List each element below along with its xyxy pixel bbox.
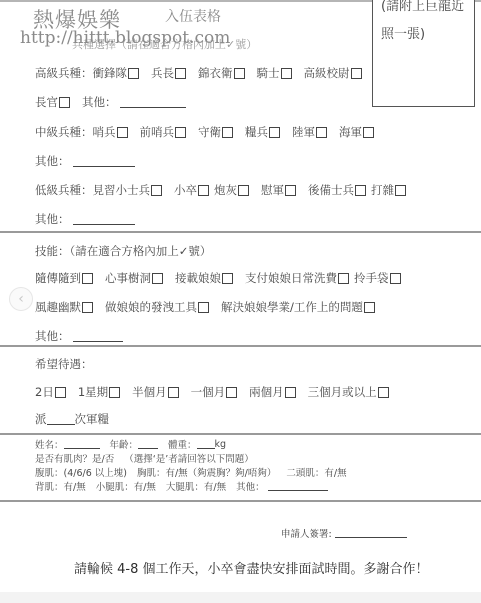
option-middle-2[interactable]: 守衛 [198, 124, 233, 140]
option-label: 做娘娘的發洩工具 [105, 299, 197, 315]
option-junior-3[interactable]: 慰軍 [261, 182, 296, 198]
option-treatment-4[interactable]: 兩個月 [249, 384, 296, 400]
option-label: 解決娘娘學業/工作上的問題 [221, 299, 363, 315]
checkbox[interactable] [338, 273, 349, 284]
option-skill-4[interactable]: 拎手袋 [354, 270, 401, 286]
junior-other-label: 其他： [35, 211, 70, 227]
calf-label: 小腿肌：有/無 [96, 479, 156, 493]
option-senior-2[interactable]: 錦衣衛 [198, 65, 245, 81]
skills-row-2: 風趣幽默 做娘娘的發洩工具 解決娘娘學業/工作上的問題 [35, 299, 387, 315]
photo-box-instruction-2: 照一張) [381, 23, 425, 42]
photo-box-instruction-1: (請附上巨龍近 [381, 0, 464, 14]
option-label: 兵長 [151, 65, 174, 81]
form-title: 入伍表格 [165, 6, 221, 26]
checkbox[interactable] [222, 127, 233, 138]
footer-note: 請輪候 4-8 個工作天，小卒會盡快安排面試時間。多謝合作！ [74, 558, 429, 577]
checkbox[interactable] [364, 302, 375, 313]
signature-row: 申請人簽署: [281, 526, 407, 540]
personal-other-label: 其他： [236, 479, 265, 493]
checkbox[interactable] [109, 387, 120, 398]
junior-label: 低級兵種： [35, 182, 93, 198]
checkbox[interactable] [152, 273, 163, 284]
option-senior-1[interactable]: 兵長 [151, 65, 186, 81]
checkbox[interactable] [82, 273, 93, 284]
option-middle-3[interactable]: 糧兵 [245, 124, 280, 140]
checkbox[interactable] [151, 185, 162, 196]
option-treatment-1[interactable]: 1星期 [78, 384, 120, 400]
weight-label: 體重： [168, 437, 197, 451]
option-treatment-0[interactable]: 2日 [35, 384, 66, 400]
skills-other-row: 其他： [35, 328, 123, 344]
option-label: 一個月 [191, 384, 226, 400]
option-middle-5[interactable]: 海軍 [339, 124, 374, 140]
treatment-header: 希望待遇： [35, 356, 93, 372]
skills-header: 技能：（請在適合方格內加上✓號） [35, 243, 211, 259]
option-label: 隨傳隨到 [35, 270, 81, 286]
photo-box: (請附上巨龍近 照一張) [372, 0, 475, 107]
muscle-question: 是否有肌肉？是/否 [35, 451, 114, 465]
checkbox[interactable] [168, 387, 179, 398]
option-label: 錦衣衛 [198, 65, 233, 81]
name-field[interactable] [64, 439, 100, 449]
checkbox[interactable] [351, 68, 362, 79]
middle-other-field[interactable] [73, 155, 135, 167]
section-divider [0, 500, 481, 502]
option-label: 哨兵 [93, 124, 116, 140]
junior-other-field[interactable] [73, 213, 135, 225]
personal-basic-row: 姓名： 年齡： 體重： kg [35, 437, 226, 451]
watermark-url: http://hittt.blogspot.com [20, 28, 230, 48]
weight-unit: kg [215, 439, 227, 450]
checkbox[interactable] [281, 68, 292, 79]
middle-other-label: 其他： [35, 153, 70, 169]
option-skill-2[interactable]: 接載娘娘 [175, 270, 233, 286]
checkbox[interactable] [55, 387, 66, 398]
checkbox[interactable] [175, 127, 186, 138]
name-label: 姓名： [35, 437, 64, 451]
option-label: 兩個月 [249, 384, 284, 400]
option-label: 長官 [35, 94, 58, 110]
option-label: 前哨兵 [140, 124, 175, 140]
option-middle-0[interactable]: 哨兵 [93, 124, 128, 140]
checkbox[interactable] [175, 68, 186, 79]
dispatch-prefix: 派 [35, 411, 47, 427]
option-senior-3[interactable]: 騎士 [257, 65, 292, 81]
option-label: 打雜 [371, 182, 394, 198]
checkbox[interactable] [198, 185, 209, 196]
senior-soldier-row-2: 長官 其他： [35, 94, 186, 110]
skills-row-1: 隨傳隨到 心事樹洞 接載娘娘 支付娘娘日常洗費 拎手袋 [35, 270, 413, 286]
checkbox[interactable] [226, 387, 237, 398]
checkbox[interactable] [222, 273, 233, 284]
option-label: 糧兵 [245, 124, 268, 140]
checkbox[interactable] [378, 387, 389, 398]
dispatch-suffix: 次軍糧 [75, 411, 110, 427]
option-label: 炮灰 [214, 182, 237, 198]
skills-other-label: 其他： [35, 328, 70, 344]
skills-header-row: 技能：（請在適合方格內加上✓號） [35, 243, 211, 259]
option-junior-5[interactable]: 打雜 [371, 182, 406, 198]
option-treatment-2[interactable]: 半個月 [132, 384, 179, 400]
signature-field[interactable] [335, 528, 407, 538]
treatment-options-row: 2日 1星期 半個月 一個月 兩個月 三個月或以上 [35, 384, 401, 400]
previous-image-button[interactable]: ‹ [9, 287, 33, 311]
option-label: 慰軍 [261, 182, 284, 198]
signature-label: 申請人簽署: [281, 526, 332, 540]
muscle-detail-row-2: 背肌：有/無 小腿肌：有/無 大腿肌：有/無 其他： [35, 479, 328, 493]
chest-note: （夠震胸？夠/唔夠） [188, 465, 277, 479]
section-divider [0, 345, 481, 347]
skills-other-field[interactable] [73, 330, 123, 342]
checkbox[interactable] [285, 185, 296, 196]
option-label: 1星期 [78, 384, 108, 400]
option-skill-3[interactable]: 支付娘娘日常洗費 [245, 270, 349, 286]
option-middle-1[interactable]: 前哨兵 [140, 124, 187, 140]
checkbox[interactable] [234, 68, 245, 79]
thigh-label: 大腿肌：有/無 [166, 479, 226, 493]
option-junior-4[interactable]: 後備士兵 [308, 182, 366, 198]
option-label: 心事樹洞 [105, 270, 151, 286]
checkbox[interactable] [316, 127, 327, 138]
senior-soldier-row: 高級兵種： 衝鋒隊 兵長 錦衣衛 騎士 高級校尉 [35, 65, 374, 81]
checkbox[interactable] [82, 302, 93, 313]
option-treatment-3[interactable]: 一個月 [191, 384, 238, 400]
option-label: 衝鋒隊 [93, 65, 128, 81]
senior-other-field[interactable] [120, 96, 186, 108]
option-label: 後備士兵 [308, 182, 354, 198]
option-junior-1[interactable]: 小卒 [174, 182, 209, 198]
section-divider [0, 433, 481, 435]
muscle-question-row: 是否有肌肉？是/否 （選擇‘是’者請回答以下問題） [35, 451, 254, 465]
checkbox[interactable] [285, 387, 296, 398]
option-skill-6[interactable]: 做娘娘的發洩工具 [105, 299, 209, 315]
checkbox[interactable] [363, 127, 374, 138]
option-label: 風趣幽默 [35, 299, 81, 315]
dispatch-count-field[interactable] [47, 413, 75, 425]
option-label: 支付娘娘日常洗費 [245, 270, 337, 286]
checkbox[interactable] [198, 302, 209, 313]
option-senior-0[interactable]: 衝鋒隊 [93, 65, 140, 81]
bottom-bar [0, 592, 481, 603]
back-label: 背肌：有/無 [35, 479, 86, 493]
option-label: 騎士 [257, 65, 280, 81]
chevron-left-icon: ‹ [18, 291, 24, 307]
checkbox[interactable] [390, 273, 401, 284]
option-senior-5[interactable]: 長官 [35, 94, 70, 110]
option-treatment-5[interactable]: 三個月或以上 [308, 384, 389, 400]
option-skill-7[interactable]: 解決娘娘學業/工作上的問題 [221, 299, 375, 315]
option-label: 高級校尉 [304, 65, 350, 81]
checkbox[interactable] [395, 185, 406, 196]
muscle-note: （選擇‘是’者請回答以下問題） [124, 451, 254, 465]
option-label: 接載娘娘 [175, 270, 221, 286]
middle-other-row: 其他： [35, 153, 135, 169]
senior-label: 高級兵種： [35, 65, 93, 81]
checkbox[interactable] [59, 97, 70, 108]
option-skill-0[interactable]: 隨傳隨到 [35, 270, 93, 286]
weight-field[interactable] [197, 439, 215, 449]
option-skill-5[interactable]: 風趣幽默 [35, 299, 93, 315]
treatment-header-row: 希望待遇： [35, 356, 93, 372]
middle-soldier-row: 中級兵種： 哨兵 前哨兵 守衛 糧兵 陸軍 海軍 [35, 124, 386, 140]
senior-other-label: 其他： [82, 94, 117, 110]
section-divider [0, 231, 481, 233]
option-label: 海軍 [339, 124, 362, 140]
option-label: 見習小士兵 [93, 182, 151, 198]
checkbox[interactable] [128, 68, 139, 79]
chest-label: 胸肌：有/無 [137, 465, 188, 479]
checkbox[interactable] [238, 185, 249, 196]
age-label: 年齡： [110, 437, 139, 451]
option-label: 拎手袋 [354, 270, 389, 286]
biceps-label: 二頭肌：有/無 [286, 465, 346, 479]
option-senior-4[interactable]: 高級校尉 [304, 65, 362, 81]
middle-label: 中級兵種： [35, 124, 93, 140]
muscle-detail-row-1: 腹肌：(4/6/6 以上塊) 胸肌：有/無 （夠震胸？夠/唔夠） 二頭肌：有/無 [35, 465, 347, 479]
option-label: 守衛 [198, 124, 221, 140]
option-label: 半個月 [132, 384, 167, 400]
checkbox[interactable] [269, 127, 280, 138]
option-junior-2[interactable]: 炮灰 [214, 182, 249, 198]
option-label: 小卒 [174, 182, 197, 198]
checkbox[interactable] [117, 127, 128, 138]
junior-soldier-row: 低級兵種： 見習小士兵 小卒 炮灰 慰軍 後備士兵 打雜 [35, 182, 418, 198]
option-label: 陸軍 [292, 124, 315, 140]
option-label: 2日 [35, 384, 54, 400]
dispatch-row: 派 次軍糧 [35, 411, 109, 427]
option-label: 三個月或以上 [308, 384, 377, 400]
checkbox[interactable] [355, 185, 366, 196]
option-skill-1[interactable]: 心事樹洞 [105, 270, 163, 286]
junior-other-row: 其他： [35, 211, 135, 227]
option-middle-4[interactable]: 陸軍 [292, 124, 327, 140]
personal-other-field[interactable] [268, 481, 328, 491]
age-field[interactable] [138, 439, 158, 449]
option-junior-0[interactable]: 見習小士兵 [93, 182, 163, 198]
abs-label: 腹肌：(4/6/6 以上塊) [35, 465, 127, 479]
